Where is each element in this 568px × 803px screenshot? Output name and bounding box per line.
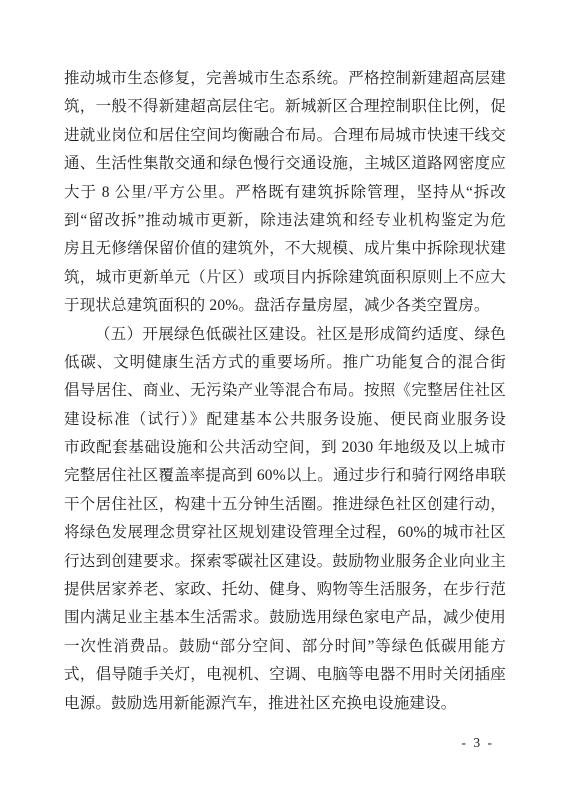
text-line: 筑，城市更新单元（片区）或项目内拆除建筑面积原则上不应大: [64, 264, 506, 292]
text-line: 房且无修缮保留价值的建筑外，不大规模、成片集中拆除现状建: [64, 235, 506, 263]
text-line: 推动城市生态修复，完善城市生态系统。严格控制新建超高层建: [64, 65, 506, 93]
text-line: 市政配套基础设施和公共活动空间，到 2030 年地级及以上城市的: [64, 434, 506, 462]
text-line: 行达到创建要求。探索零碳社区建设。鼓励物业服务企业向业主: [64, 548, 506, 576]
text-line: 围内满足业主基本生活需求。鼓励选用绿色家电产品，减少使用: [64, 604, 506, 632]
text-line: 低碳、文明健康生活方式的重要场所。推广功能复合的混合街区，: [64, 349, 506, 377]
text-line: 一次性消费品。鼓励“部分空间、部分时间”等绿色低碳用能方: [64, 633, 506, 661]
text-line: 干个居住社区，构建十五分钟生活圈。推进绿色社区创建行动，: [64, 491, 506, 519]
text-line: 将绿色发展理念贯穿社区规划建设管理全过程，60%的城市社区先: [64, 519, 506, 547]
text-line-section-start: （五）开展绿色低碳社区建设。社区是形成简约适度、绿色: [64, 321, 506, 349]
page-number: - 3 -: [462, 735, 495, 751]
text-line: 倡导居住、商业、无污染产业等混合布局。按照《完整居住社区: [64, 377, 506, 405]
text-line: 通、生活性集散交通和绿色慢行交通设施，主城区道路网密度应: [64, 150, 506, 178]
text-line: 完整居住社区覆盖率提高到 60%以上。通过步行和骑行网络串联若: [64, 462, 506, 490]
text-line: 大于 8 公里/平方公里。严格既有建筑拆除管理，坚持从“拆改留”: [64, 179, 506, 207]
text-line: 电源。鼓励选用新能源汽车，推进社区充换电设施建设。: [64, 690, 506, 718]
document-body-text: 推动城市生态修复，完善城市生态系统。严格控制新建超高层建 筑，一般不得新建超高层…: [64, 65, 506, 718]
text-line: 提供居家养老、家政、托幼、健身、购物等生活服务，在步行范: [64, 576, 506, 604]
text-line: 筑，一般不得新建超高层住宅。新城新区合理控制职住比例，促: [64, 93, 506, 121]
text-line: 建设标准（试行）》配建基本公共服务设施、便民商业服务设施、: [64, 406, 506, 434]
document-page: 推动城市生态修复，完善城市生态系统。严格控制新建超高层建 筑，一般不得新建超高层…: [0, 0, 568, 803]
text-line: 式，倡导随手关灯，电视机、空调、电脑等电器不用时关闭插座: [64, 661, 506, 689]
text-line: 于现状总建筑面积的 20%。盘活存量房屋，减少各类空置房。: [64, 292, 506, 320]
text-line: 进就业岗位和居住空间均衡融合布局。合理布局城市快速干线交: [64, 122, 506, 150]
text-line: 到“留改拆”推动城市更新，除违法建筑和经专业机构鉴定为危: [64, 207, 506, 235]
